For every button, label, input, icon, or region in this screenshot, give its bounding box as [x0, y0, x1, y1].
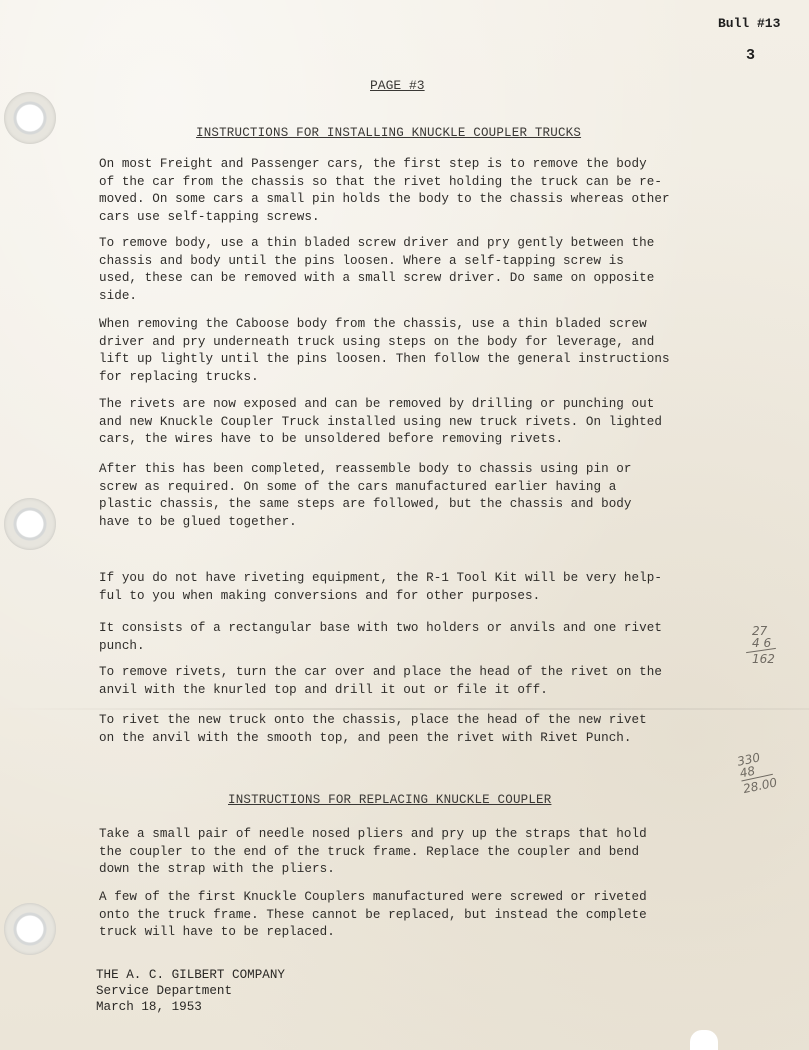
paragraph: On most Freight and Passenger cars, the …: [99, 156, 711, 226]
punch-hole-icon: [4, 92, 56, 144]
note-line: 162: [752, 653, 776, 665]
page-label: PAGE #3: [370, 78, 425, 93]
paragraph: Take a small pair of needle nosed pliers…: [99, 826, 711, 879]
paragraph: The rivets are now exposed and can be re…: [99, 396, 711, 449]
paragraph: To remove rivets, turn the car over and …: [99, 664, 711, 699]
torn-edge: [690, 1030, 718, 1050]
paragraph: If you do not have riveting equipment, t…: [99, 570, 711, 605]
note-line: 4 6: [752, 637, 776, 649]
handwritten-page-number: 3: [746, 47, 755, 64]
paper-fold-line: [0, 708, 809, 710]
paragraph: It consists of a rectangular base with t…: [99, 620, 711, 655]
bulletin-number: Bull #13: [718, 16, 780, 31]
date: March 18, 1953: [96, 999, 285, 1015]
signature-block: THE A. C. GILBERT COMPANY Service Depart…: [96, 967, 285, 1015]
paragraph: After this has been completed, reassembl…: [99, 461, 711, 531]
section-heading-installing: INSTRUCTIONS FOR INSTALLING KNUCKLE COUP…: [196, 126, 581, 140]
department: Service Department: [96, 983, 285, 999]
paragraph: A few of the first Knuckle Couplers manu…: [99, 889, 711, 942]
company-name: THE A. C. GILBERT COMPANY: [96, 967, 285, 983]
section-heading-replacing: INSTRUCTIONS FOR REPLACING KNUCKLE COUPL…: [228, 793, 551, 807]
paragraph: To rivet the new truck onto the chassis,…: [99, 712, 711, 747]
paragraph: To remove body, use a thin bladed screw …: [99, 235, 711, 305]
punch-hole-icon: [4, 498, 56, 550]
punch-hole-icon: [4, 903, 56, 955]
handwritten-calculation: 27 4 6 162: [752, 625, 776, 665]
paragraph: When removing the Caboose body from the …: [99, 316, 711, 386]
